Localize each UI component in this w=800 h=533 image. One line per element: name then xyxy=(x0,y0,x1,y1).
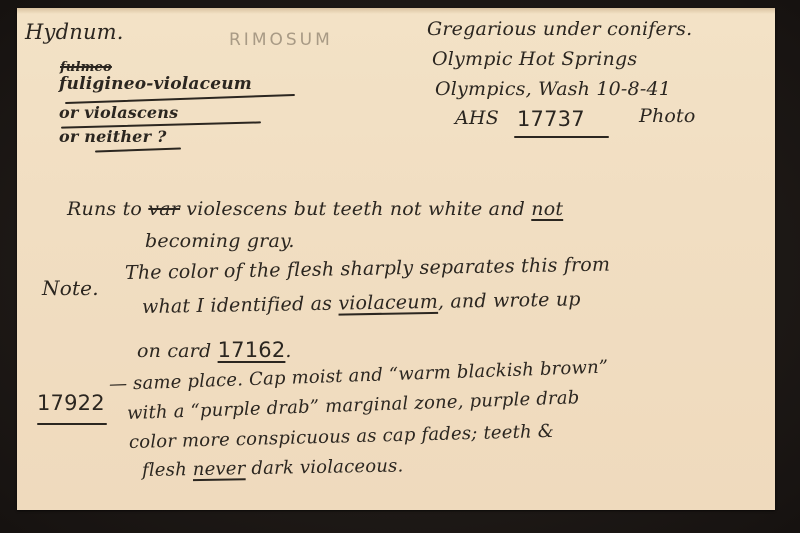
photo-note: Photo xyxy=(639,105,696,127)
note-line-2: what I identified as violaceum, and wrot… xyxy=(142,288,581,318)
collection-number: 17737 xyxy=(517,107,585,131)
pencil-annotation: RIMOSUM xyxy=(229,30,333,50)
genus-label: Hydnum. xyxy=(25,20,124,44)
emphasis-violaceum: violaceum xyxy=(338,291,438,315)
note-line-1: The color of the flesh sharply separates… xyxy=(125,254,611,284)
paragraph-1-line-1: Runs to var violescens but teeth not whi… xyxy=(67,198,563,220)
struck-name: fulmeo xyxy=(60,60,112,75)
note-line-3: on card 17162. xyxy=(137,338,292,362)
species-underline-3 xyxy=(95,147,181,152)
index-card: Hydnum. RIMOSUM fulmeo fuligineo-violace… xyxy=(17,8,775,510)
species-option-1: fuligineo-violaceum xyxy=(59,74,252,94)
habitat-text: Gregarious under conifers. xyxy=(427,18,692,40)
location-line-2: Olympics, Wash 10-8-41 xyxy=(435,78,671,100)
species-option-3: or neither ? xyxy=(59,127,167,146)
note-label: Note. xyxy=(42,276,99,300)
reference-line-3: color more conspicuous as cap fades; tee… xyxy=(129,421,554,453)
collection-number-underline xyxy=(514,136,609,138)
paragraph-1-line-2: becoming gray. xyxy=(145,230,295,252)
reference-number: 17922 xyxy=(37,391,105,415)
reference-number-underline xyxy=(37,423,107,425)
species-option-2: or violascens xyxy=(59,103,178,122)
emphasis-never: never xyxy=(193,458,246,480)
card-reference-17162: 17162 xyxy=(218,338,286,362)
struck-var: var xyxy=(148,198,180,220)
reference-line-4: flesh never dark violaceous. xyxy=(142,455,404,481)
reference-line-2: with a “purple drab” marginal zone, purp… xyxy=(127,387,580,424)
emphasis-not: not xyxy=(531,198,563,220)
collection-prefix: AHS xyxy=(455,107,499,129)
location-line-1: Olympic Hot Springs xyxy=(432,48,637,70)
